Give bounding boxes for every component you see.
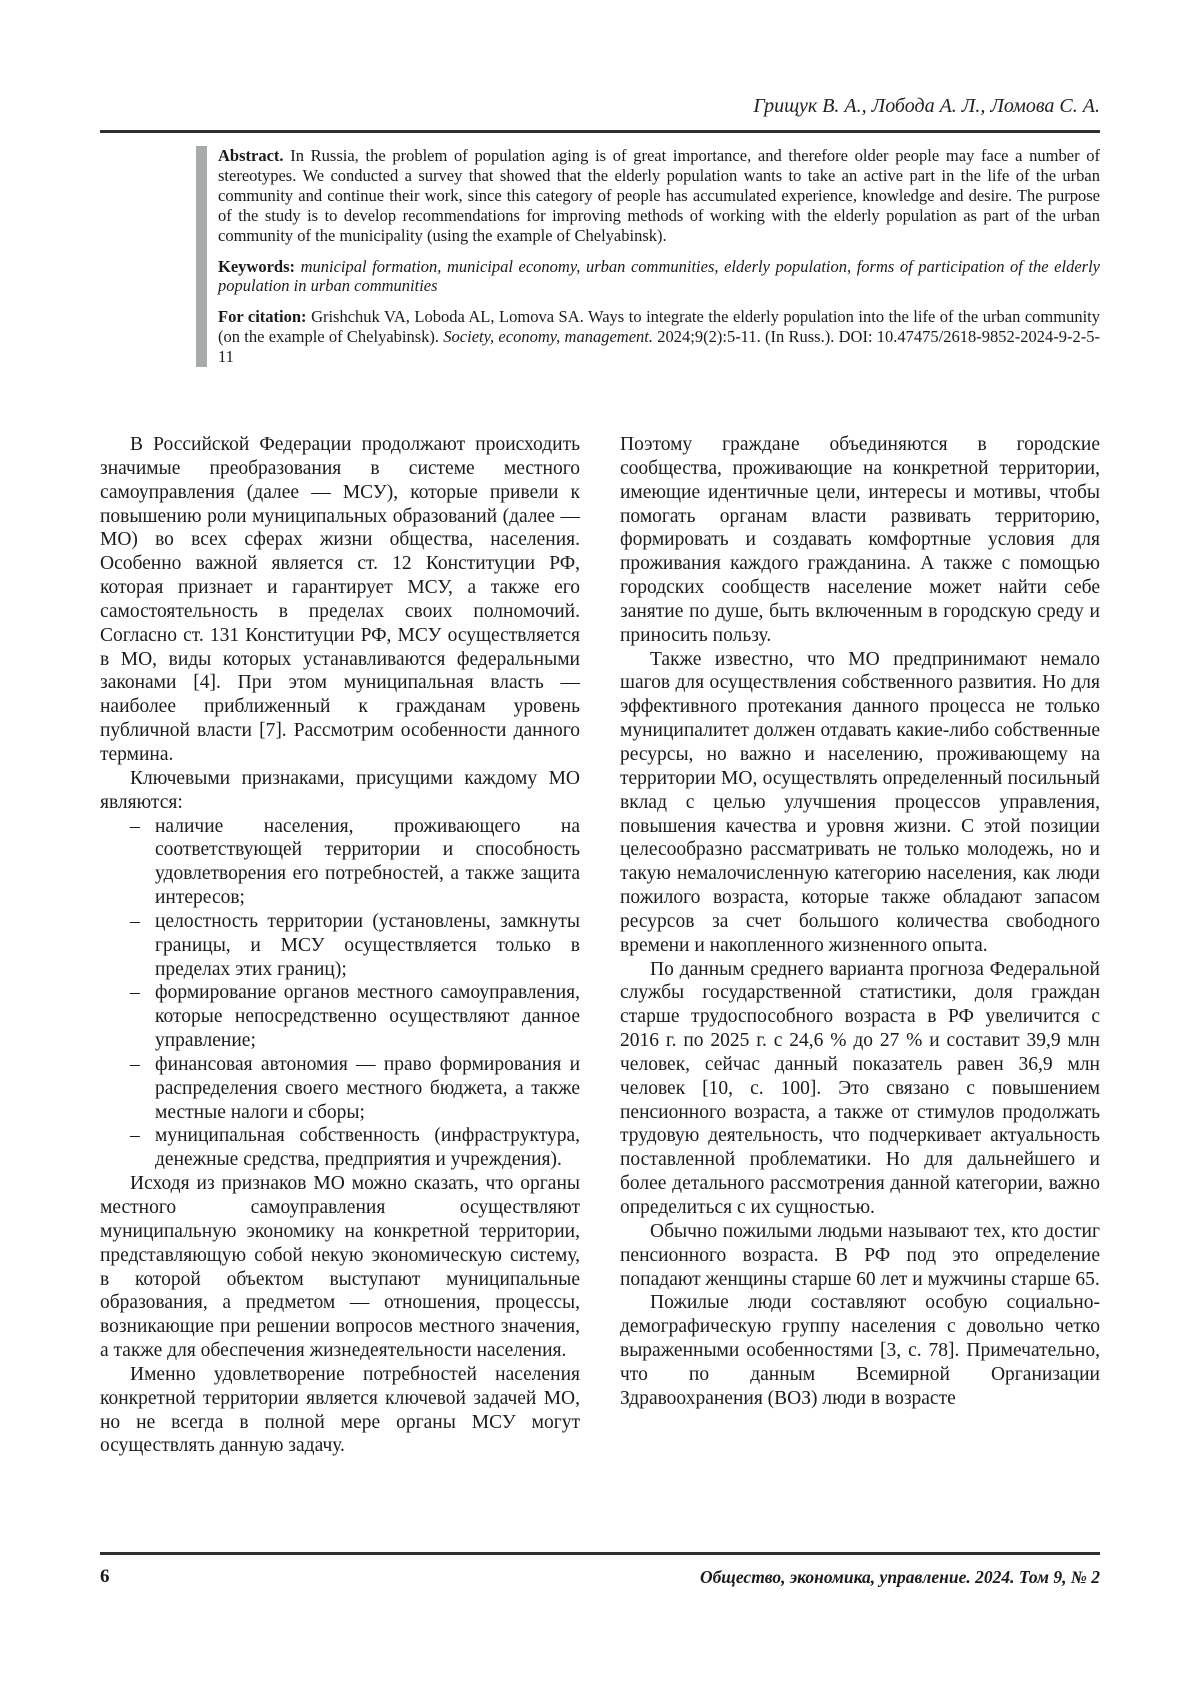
body-columns: В Российской Федерации продолжают происх… — [100, 433, 1100, 1458]
bullet-text: целостность территории (установлены, зам… — [155, 910, 580, 982]
abstract-text: In Russia, the problem of population agi… — [218, 146, 1100, 245]
bullet-item: – финансовая автономия — право формирова… — [100, 1053, 580, 1125]
paper-page: Грищук В. А., Лобода А. Л., Ломова С. А.… — [0, 0, 1200, 1697]
body-paragraph: Пожилые люди составляют особую социально… — [620, 1291, 1100, 1410]
dash-bullet: – — [130, 815, 155, 910]
dash-bullet: – — [130, 981, 155, 1053]
left-column: В Российской Федерации продолжают происх… — [100, 433, 580, 1458]
bullet-item: – муниципальная собственность (инфрастру… — [100, 1124, 580, 1172]
keywords-label: Keywords: — [218, 257, 295, 276]
abstract-block: Abstract. In Russia, the problem of popu… — [196, 146, 1100, 367]
dash-bullet: – — [130, 1053, 155, 1125]
body-paragraph: Исходя из признаков МО можно сказать, чт… — [100, 1172, 580, 1363]
footer-journal-info: Общество, экономика, управление. 2024. Т… — [100, 1567, 1100, 1588]
right-column: Поэтому граждане объединяются в городски… — [620, 433, 1100, 1458]
bullet-item: – целостность территории (установлены, з… — [100, 910, 580, 982]
bullet-text: финансовая автономия — право формировани… — [155, 1053, 580, 1125]
body-paragraph: В Российской Федерации продолжают происх… — [100, 433, 580, 767]
keywords-text: municipal formation, municipal economy, … — [218, 257, 1100, 296]
footer-rule — [100, 1552, 1100, 1555]
abstract-label: Abstract. — [218, 146, 284, 165]
body-paragraph: Поэтому граждане объединяются в городски… — [620, 433, 1100, 648]
keywords-paragraph: Keywords: municipal formation, municipal… — [218, 257, 1100, 297]
dash-bullet: – — [130, 1124, 155, 1172]
body-paragraph: Также известно, что МО предпринимают нем… — [620, 648, 1100, 958]
body-paragraph: Ключевыми признаками, присущими каждому … — [100, 767, 580, 815]
citation-label: For citation: — [218, 307, 307, 326]
bullet-text: муниципальная собственность (инфраструкт… — [155, 1124, 580, 1172]
header-rule — [100, 130, 1100, 133]
abstract-paragraph: Abstract. In Russia, the problem of popu… — [218, 146, 1100, 246]
bullet-item: – наличие населения, проживающего на соо… — [100, 815, 580, 910]
body-paragraph: Обычно пожилыми людьми называют тех, кто… — [620, 1220, 1100, 1292]
dash-bullet: – — [130, 910, 155, 982]
running-head-authors: Грищук В. А., Лобода А. Л., Ломова С. А. — [100, 95, 1100, 118]
citation-paragraph: For citation: Grishchuk VA, Loboda AL, L… — [218, 307, 1100, 367]
bullet-item: – формирование органов местного самоупра… — [100, 981, 580, 1053]
citation-journal: Society, economy, management. — [443, 327, 653, 346]
bullet-text: наличие населения, проживающего на соотв… — [155, 815, 580, 910]
body-paragraph: Именно удовлетворение потребностей насел… — [100, 1363, 580, 1458]
bullet-text: формирование органов местного самоуправл… — [155, 981, 580, 1053]
body-paragraph: По данным среднего варианта прогноза Фед… — [620, 958, 1100, 1220]
